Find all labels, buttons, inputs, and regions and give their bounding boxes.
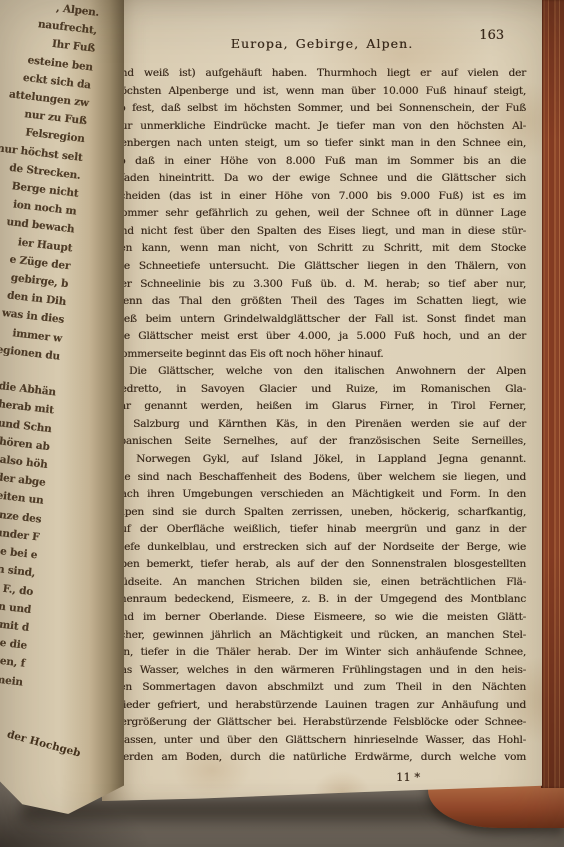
text-line: das Wasser, welches in den wärmeren Früh… <box>114 662 526 680</box>
text-line: die Schneetiefe untersucht. Die Glättsch… <box>114 258 526 276</box>
text-line: Südseite. An manchen Strichen bilden sie… <box>114 574 526 592</box>
text-line: Waden hineintritt. Da wo der ewige Schne… <box>114 170 526 188</box>
text-line: in Salzburg und Kärnthen Käs, in den Pir… <box>114 416 526 434</box>
text-line: zen kann, wenn man nicht, von Schritt zu… <box>114 240 526 258</box>
book-right-page: Europa, Gebirge, Alpen. 163 und weiß ist… <box>102 0 542 801</box>
page-title: Europa, Gebirge, Alpen. <box>231 36 414 51</box>
text-line: Sommer sehr gefährlich zu gehen, weil de… <box>114 205 526 223</box>
text-line: len, tiefer in die Thäler herab. Der im … <box>114 644 526 662</box>
text-line: oben bemerkt, tiefer herab, als auf der … <box>114 556 526 574</box>
book-fore-edge <box>541 0 564 788</box>
running-header: Europa, Gebirge, Alpen. 163 <box>102 0 542 52</box>
text-line: wieder gefriert, und herabstürzende Laui… <box>114 697 526 715</box>
text-line: wenn das Thal den größten Theil des Tage… <box>114 293 526 311</box>
text-line: scher, gewinnen jährlich an Mächtigkeit … <box>114 627 526 645</box>
text-line: Sie sind nach Beschaffenheit des Bodens,… <box>114 469 526 487</box>
left-page-catchword: der Hochgeb <box>6 728 82 759</box>
text-line: und weiß ist) aufgehäuft haben. Thurmhoc… <box>114 65 526 83</box>
signature-mark: 11 * <box>102 770 542 784</box>
text-line: massen, unter und über den Glättschern h… <box>114 732 526 750</box>
text-line: nach ihren Umgebungen verschieden an Mäc… <box>114 486 526 504</box>
text-line: so fest, daß selbst im höchsten Sommer, … <box>114 100 526 118</box>
left-page-fragments: , Alpen.naufrecht,Ihr Fußesteine beneckt… <box>0 0 100 691</box>
text-line: die Glättscher meist erst über 4.000, ja… <box>114 328 526 346</box>
text-line: Vergrößerung der Glättscher bei. Herabst… <box>114 714 526 732</box>
text-line: spanischen Seite Sernelhes, auf der fran… <box>114 433 526 451</box>
text-line: dieß beim untern Grindelwaldglättscher d… <box>114 311 526 329</box>
text-line: werden am Boden, durch die natürliche Er… <box>114 749 526 767</box>
text-line: Sommerseite beginnt das Eis oft noch höh… <box>114 346 526 364</box>
text-line: Alpen sind sie durch Spalten zerrissen, … <box>114 504 526 522</box>
text-line: Die Glättscher, welche von den italische… <box>114 363 526 381</box>
text-line: und im berner Oberlande. Diese Eismeere,… <box>114 609 526 627</box>
text-line: so daß in einer Höhe von 8.000 Fuß man i… <box>114 153 526 171</box>
text-line: scheiden (das ist in einer Höhe von 7.00… <box>114 188 526 206</box>
text-line: und nicht fest über den Spalten des Eise… <box>114 223 526 241</box>
text-line: chenraum bedeckend, Eismeere, z. B. in d… <box>114 591 526 609</box>
text-line: Tiefe dunkelblau, und erstrecken sich au… <box>114 539 526 557</box>
text-line: höchsten Alpenberge und ist, wenn man üb… <box>114 83 526 101</box>
text-line: penbergen nach unten steigt, um so tiefe… <box>114 135 526 153</box>
body-text-block: und weiß ist) aufgehäuft haben. Thurmhoc… <box>102 65 542 767</box>
text-line: car genannt werden, heißen im Glarus Fir… <box>114 398 526 416</box>
page-number: 163 <box>479 28 504 43</box>
text-line: nur unmerkliche Eindrücke macht. Je tief… <box>114 118 526 136</box>
text-line: in Norwegen Gykl, auf Island Jökel, in L… <box>114 451 526 469</box>
text-line: der Schneelinie bis zu 3.300 Fuß üb. d. … <box>114 276 526 294</box>
book-left-page-edge: , Alpen.naufrecht,Ihr Fußesteine beneckt… <box>0 0 124 814</box>
text-line: sen Sommertagen davon abschmilzt und zum… <box>114 679 526 697</box>
text-line: auf der Oberfläche weißlich, tiefer hina… <box>114 521 526 539</box>
text-line: Vedretto, in Savoyen Glacier und Ruize, … <box>114 381 526 399</box>
